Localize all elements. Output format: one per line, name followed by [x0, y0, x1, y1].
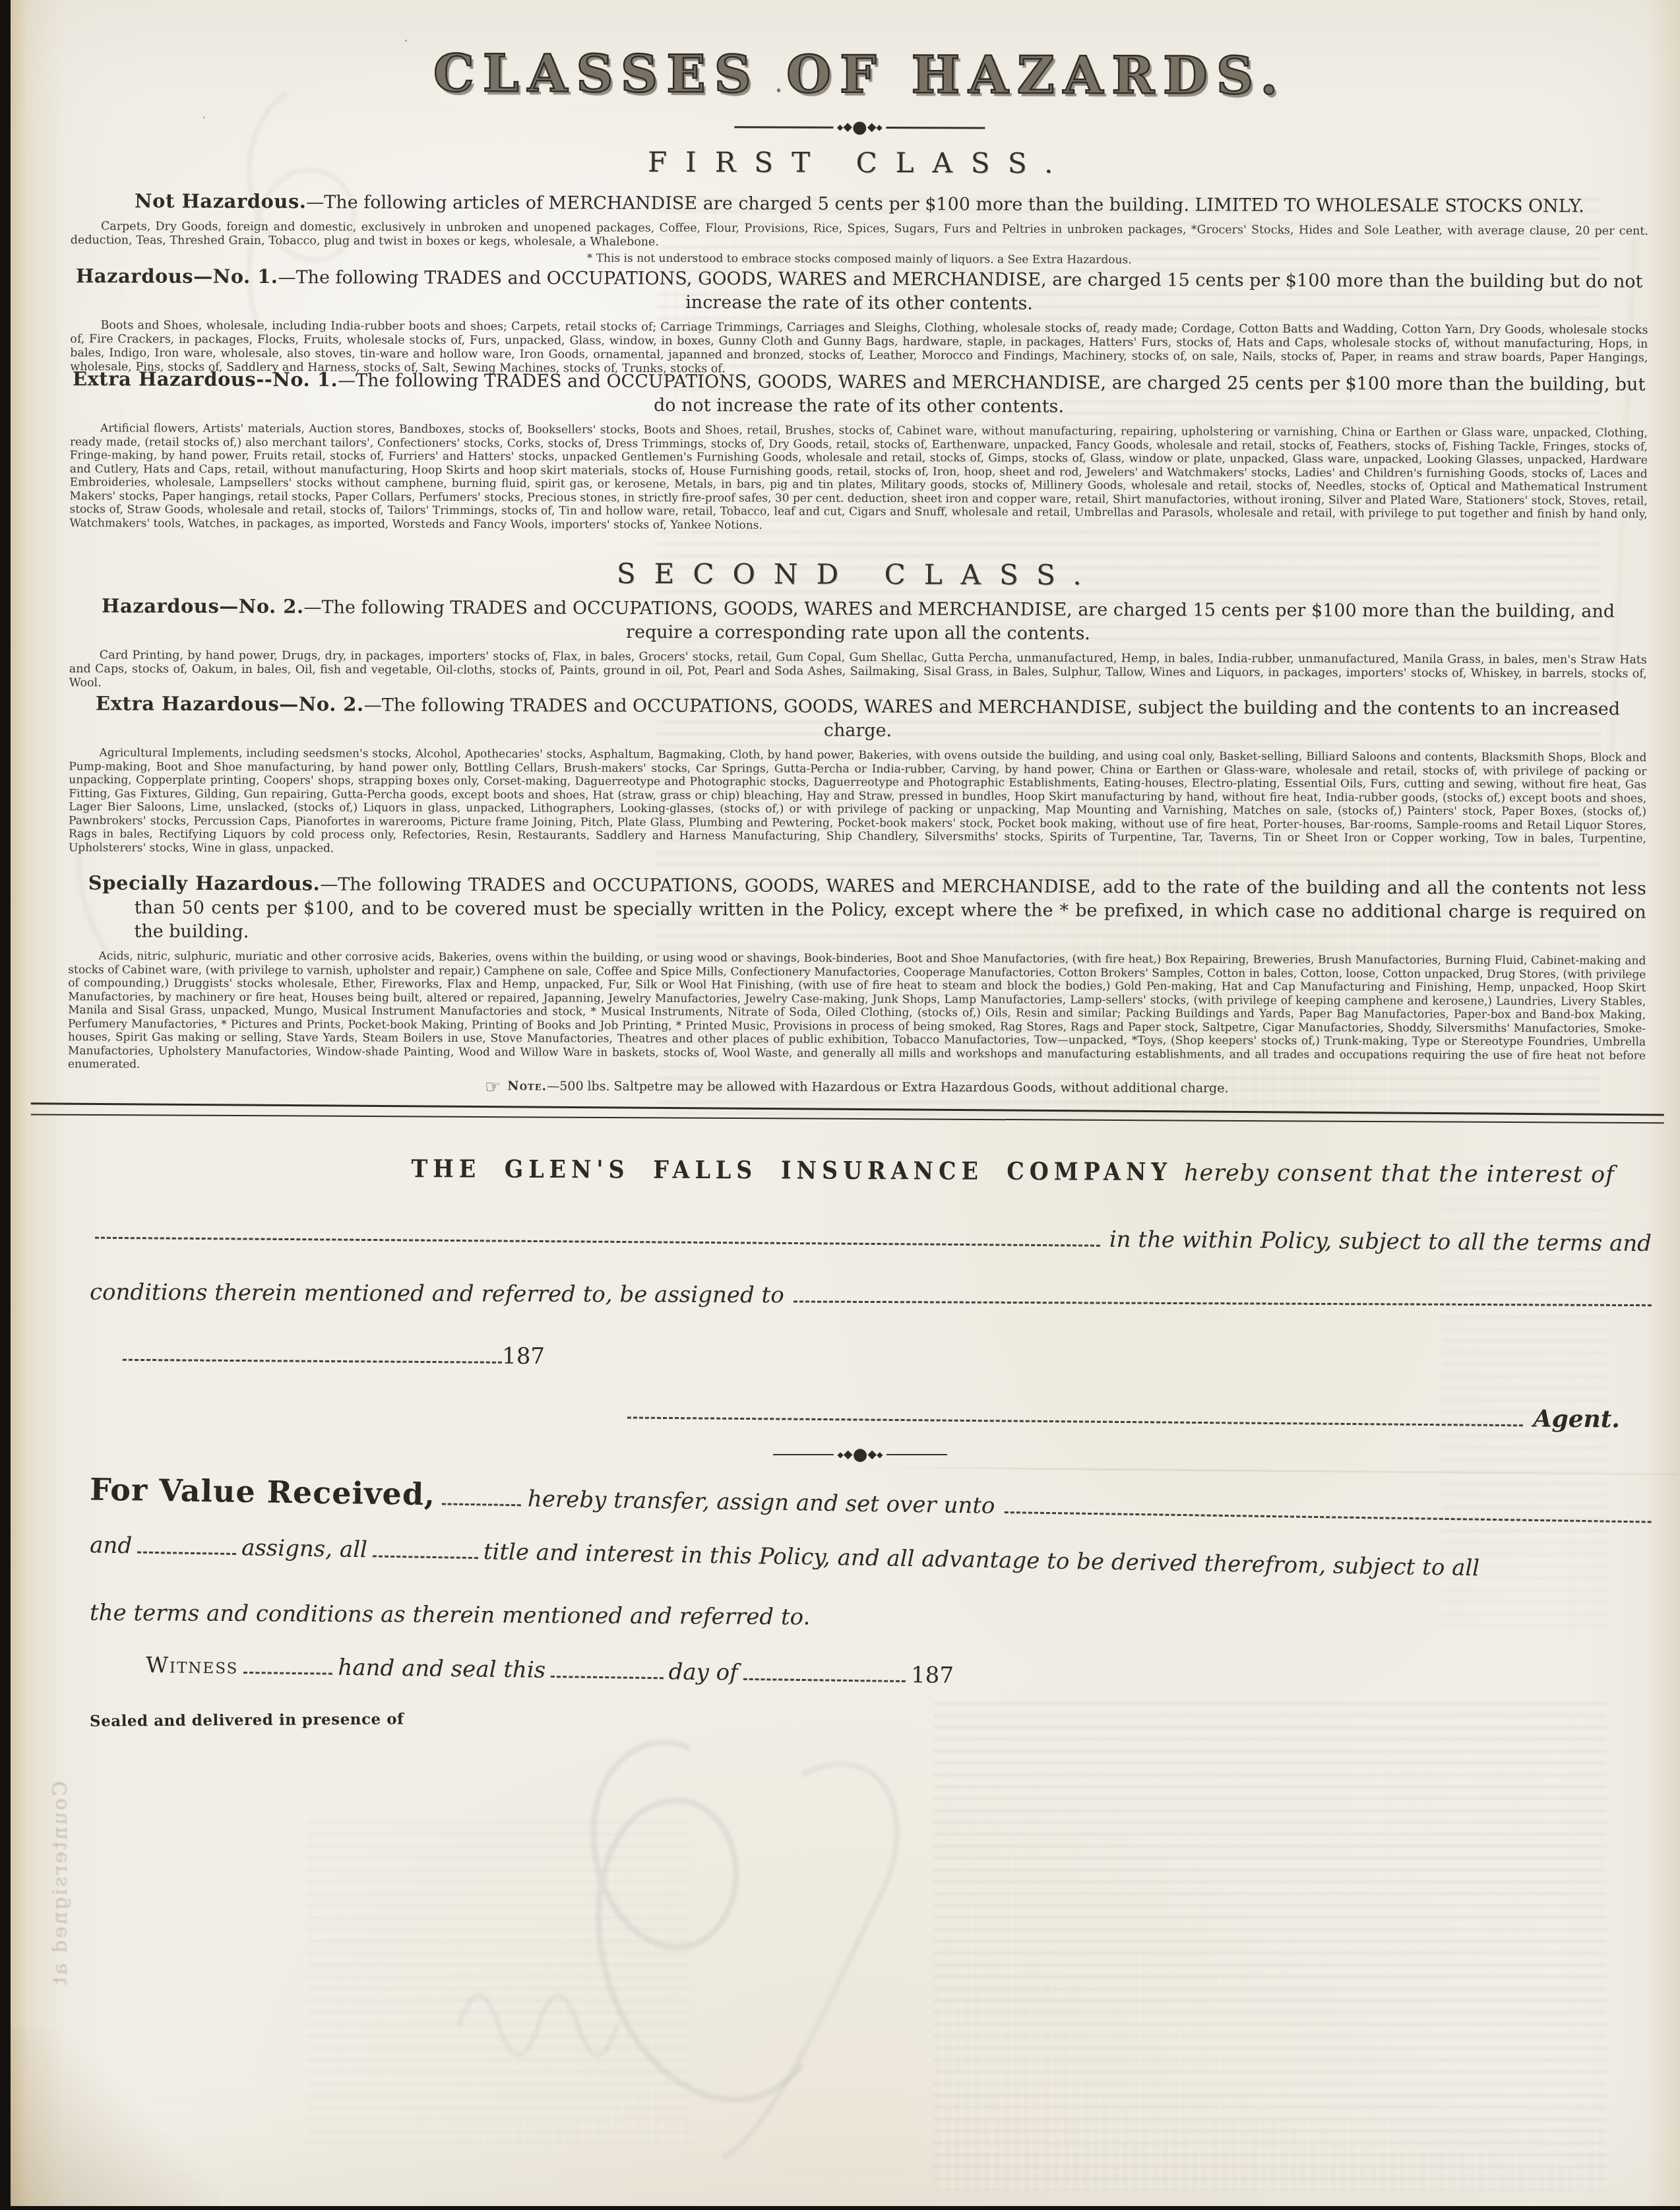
title-interest-text: title and interest in this Policy, and a…: [483, 1538, 1479, 1581]
section-extra-hazardous-2: Extra Hazardous—No. 2.—The following TRA…: [69, 691, 1647, 860]
lead-text: —The following TRADES and OCCUPATIONS, G…: [278, 267, 1642, 314]
section-body: Carpets, Dry Goods, foreign and domestic…: [71, 220, 1648, 253]
section-lead: Not Hazardous.—The following articles of…: [71, 189, 1648, 219]
paper-fold-corner: [11, 2028, 222, 2206]
section-lead: Extra Hazardous--No. 1.—The following TR…: [70, 367, 1648, 421]
section-body: Card Printing, by hand power, Drugs, dry…: [69, 648, 1647, 695]
consent-heading: THE GLEN'S FALLS INSURANCE COMPANYhereby…: [71, 1152, 1615, 1188]
section-hazardous-2: Hazardous—No. 2.—The following TRADES an…: [69, 594, 1647, 695]
note-text: —500 lbs. Saltpetre may be allowed with …: [547, 1079, 1228, 1095]
section-lead: Hazardous—No. 1.—The following TRADES an…: [71, 264, 1648, 318]
agent-label: Agent.: [1533, 1405, 1620, 1433]
within-policy-text: in the within Policy, subject to all the…: [1109, 1226, 1652, 1257]
ghost-ink-flourish: [380, 1695, 974, 2197]
fill-in-line: [551, 1673, 664, 1679]
assignee-interest-line: in the within Policy, subject to all the…: [95, 1218, 1652, 1257]
witness-line: Witness hand and seal this day of 187: [146, 1652, 954, 1689]
consent-text: hereby consent that the interest of: [1184, 1160, 1615, 1188]
fill-in-line: [793, 1298, 1652, 1306]
document-header: CLASSES OF HAZARDS. ◆◆●◆◆ FIRST CLASS.: [71, 42, 1649, 181]
lead-in-label: Extra Hazardous--No. 1.: [73, 367, 338, 391]
witness-year: 187: [911, 1662, 954, 1689]
and-label: and: [90, 1532, 133, 1559]
section-lead: Extra Hazardous—No. 2.—The following TRA…: [69, 691, 1646, 745]
fill-in-line: [137, 1549, 236, 1555]
assigns-all-text: assigns, all: [241, 1534, 367, 1563]
divider-ornament-icon: ◆◆●◆◆: [71, 116, 1648, 139]
lead-text: —The following TRADES and OCCUPATIONS, G…: [304, 597, 1615, 644]
fill-in-line: [373, 1552, 478, 1559]
for-value-received-line: For Value Received, hereby transfer, ass…: [90, 1471, 1652, 1530]
fill-in-line: [95, 1234, 1100, 1247]
assigns-title-line: and assigns, all title and interest in t…: [90, 1532, 1652, 1584]
terms-text: the terms and conditions as therein ment…: [90, 1600, 811, 1631]
lead-text: —The following articles of MERCHANDISE a…: [306, 192, 1584, 216]
lead-text: —The following TRADES and OCCUPATIONS, G…: [338, 370, 1645, 416]
section-specially-hazardous: Specially Hazardous.—The following TRADE…: [68, 871, 1646, 1076]
section-body: Artificial flowers, Artists' materials, …: [69, 422, 1648, 535]
lead-in-label: Extra Hazardous—No. 2.: [96, 692, 364, 715]
consent-year: 187: [502, 1343, 545, 1370]
section-body: Agricultural Implements, including seeds…: [69, 746, 1647, 860]
witness-label: Witness: [146, 1652, 239, 1679]
day-of-text: day of: [668, 1658, 738, 1686]
fill-in-line: [442, 1500, 521, 1506]
lead-text: —The following TRADES and OCCUPATIONS, G…: [135, 874, 1646, 942]
section-lead: Hazardous—No. 2.—The following TRADES an…: [69, 594, 1647, 648]
document-page: Countersigned at CLASSES OF HAZARDS. ◆◆●…: [11, 0, 1680, 2206]
section-body: Acids, nitric, sulphuric, muriatic and o…: [68, 949, 1646, 1076]
fill-in-line: [743, 1676, 906, 1682]
ghost-bleedthrough: [934, 1702, 1607, 2190]
first-class-heading: FIRST CLASS.: [71, 144, 1648, 181]
fill-in-line: [123, 1356, 502, 1364]
lead-in-label: Hazardous—No. 2.: [102, 594, 304, 617]
fill-in-line: [627, 1414, 1523, 1426]
document-title: CLASSES OF HAZARDS.: [71, 42, 1649, 108]
section-hazardous-1: Hazardous—No. 1.—The following TRADES an…: [70, 264, 1648, 379]
section-extra-hazardous-1: Extra Hazardous--No. 1.—The following TR…: [69, 367, 1648, 535]
conditions-text: conditions therein mentioned and referre…: [90, 1279, 784, 1309]
for-value-received-label: For Value Received,: [90, 1471, 436, 1512]
assigned-to-line: conditions therein mentioned and referre…: [90, 1279, 1652, 1312]
saltpetre-note: ☞Note.—500 lbs. Saltpetre may be allowed…: [68, 1075, 1646, 1101]
section-not-hazardous: Not Hazardous.—The following articles of…: [71, 189, 1648, 268]
lead-text: —The following TRADES and OCCUPATIONS, G…: [364, 695, 1621, 742]
hand-seal-text: hand and seal this: [338, 1655, 545, 1684]
double-rule-divider: [31, 1106, 1664, 1122]
section-lead: Specially Hazardous.—The following TRADE…: [69, 871, 1646, 949]
second-class-heading: SECOND CLASS.: [69, 555, 1647, 593]
fill-in-line: [1004, 1509, 1651, 1523]
hazard-classes-section: CLASSES OF HAZARDS. ◆◆●◆◆ FIRST CLASS. N…: [11, 0, 1680, 1166]
sealed-delivered-label: Sealed and delivered in presence of: [90, 1710, 404, 1730]
terms-conditions-line: the terms and conditions as therein ment…: [90, 1600, 1652, 1635]
transfer-text: hereby transfer, assign and set over unt…: [528, 1486, 995, 1519]
lead-in-label: Not Hazardous.: [135, 189, 306, 212]
fill-in-line: [243, 1669, 332, 1675]
lead-in-label: Hazardous—No. 1.: [76, 265, 278, 288]
lead-in-label: Specially Hazardous.: [88, 871, 321, 895]
company-name: THE GLEN'S FALLS INSURANCE COMPANY: [411, 1154, 1172, 1186]
note-label: Note.: [507, 1079, 547, 1093]
consent-date-line: 187: [123, 1341, 545, 1370]
pointing-hand-icon: ☞: [485, 1077, 501, 1097]
divider-ornament-icon: ◆◆●◆◆: [71, 1446, 1649, 1463]
